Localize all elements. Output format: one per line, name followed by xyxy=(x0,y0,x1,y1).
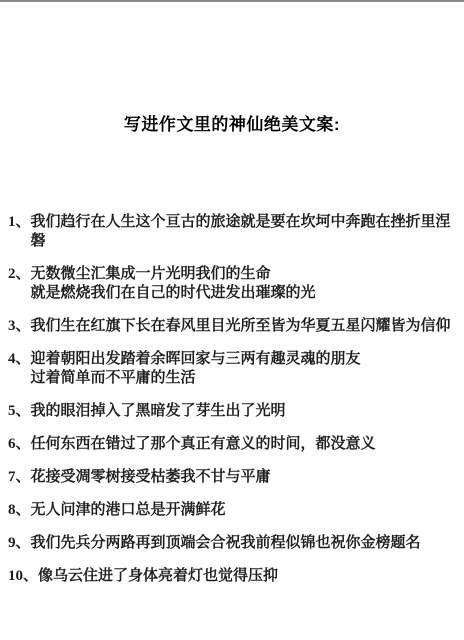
list-item-line: 像乌云住进了身体亮着灯也觉得压抑 xyxy=(38,567,460,586)
list-item-number: 10、 xyxy=(8,567,38,586)
list-item-number: 6、 xyxy=(8,435,31,454)
list-item-number: 4、 xyxy=(8,350,31,369)
list-item: 4、 迎着朝阳出发踏着余晖回家与三两有趣灵魂的朋友 过着简单而不平庸的生活 xyxy=(8,350,460,388)
list-item-line: 我的眼泪掉入了黑暗发了芽生出了光明 xyxy=(31,402,460,421)
list-item-line: 我们趋行在人生这个亘古的旅途就是要在坎坷中奔跑在挫折里涅磐 xyxy=(31,213,460,251)
list-item-line: 花接受凋零树接受枯萎我不甘与平庸 xyxy=(31,468,460,487)
list-item: 5、 我的眼泪掉入了黑暗发了芽生出了光明 xyxy=(8,402,460,421)
list-item-text: 花接受凋零树接受枯萎我不甘与平庸 xyxy=(31,468,460,487)
list-item: 1、 我们趋行在人生这个亘古的旅途就是要在坎坷中奔跑在挫折里涅磐 xyxy=(8,213,460,251)
list-item-number: 9、 xyxy=(8,534,31,553)
list-item-text: 任何东西在错过了那个真正有意义的时间，都没意义 xyxy=(31,435,460,454)
list-item-line: 迎着朝阳出发踏着余晖回家与三两有趣灵魂的朋友 xyxy=(31,350,460,369)
list-item-line: 我们先兵分两路再到顶端会合祝我前程似锦也祝你金榜题名 xyxy=(31,534,460,553)
list-item: 3、 我们生在红旗下长在春风里目光所至皆为华夏五星闪耀皆为信仰 xyxy=(8,317,460,336)
list-item-line: 无数微尘汇集成一片光明我们的生命 xyxy=(31,265,460,284)
list-item-line: 过着简单而不平庸的生活 xyxy=(31,369,460,388)
list-item-text: 我的眼泪掉入了黑暗发了芽生出了光明 xyxy=(31,402,460,421)
list-item: 9、 我们先兵分两路再到顶端会合祝我前程似锦也祝你金榜题名 xyxy=(8,534,460,553)
list-item-text: 我们先兵分两路再到顶端会合祝我前程似锦也祝你金榜题名 xyxy=(31,534,460,553)
list-item-line: 就是燃烧我们在自己的时代进发出璀璨的光 xyxy=(31,284,460,303)
list-item-number: 7、 xyxy=(8,468,31,487)
list-item-text: 迎着朝阳出发踏着余晖回家与三两有趣灵魂的朋友 过着简单而不平庸的生活 xyxy=(31,350,460,388)
list-item-text: 我们趋行在人生这个亘古的旅途就是要在坎坷中奔跑在挫折里涅磐 xyxy=(31,213,460,251)
list-item-number: 1、 xyxy=(8,213,31,232)
page-title: 写进作文里的神仙绝美文案: xyxy=(0,2,464,135)
list-item-number: 8、 xyxy=(8,501,31,520)
list-item-line: 任何东西在错过了那个真正有意义的时间，都没意义 xyxy=(31,435,460,454)
list-item: 10、 像乌云住进了身体亮着灯也觉得压抑 xyxy=(8,567,460,586)
list-item: 6、 任何东西在错过了那个真正有意义的时间，都没意义 xyxy=(8,435,460,454)
quote-list: 1、 我们趋行在人生这个亘古的旅途就是要在坎坷中奔跑在挫折里涅磐 2、 无数微尘… xyxy=(0,213,464,586)
list-item-line: 无人问津的港口总是开满鲜花 xyxy=(31,501,460,520)
list-item: 2、 无数微尘汇集成一片光明我们的生命 就是燃烧我们在自己的时代进发出璀璨的光 xyxy=(8,265,460,303)
list-item-text: 无人问津的港口总是开满鲜花 xyxy=(31,501,460,520)
list-item: 7、 花接受凋零树接受枯萎我不甘与平庸 xyxy=(8,468,460,487)
list-item-number: 2、 xyxy=(8,265,31,284)
list-item-number: 5、 xyxy=(8,402,31,421)
list-item-text: 像乌云住进了身体亮着灯也觉得压抑 xyxy=(38,567,460,586)
list-item-text: 我们生在红旗下长在春风里目光所至皆为华夏五星闪耀皆为信仰 xyxy=(31,317,460,336)
list-item-line: 我们生在红旗下长在春风里目光所至皆为华夏五星闪耀皆为信仰 xyxy=(31,317,460,336)
list-item: 8、 无人问津的港口总是开满鲜花 xyxy=(8,501,460,520)
list-item-text: 无数微尘汇集成一片光明我们的生命 就是燃烧我们在自己的时代进发出璀璨的光 xyxy=(31,265,460,303)
list-item-number: 3、 xyxy=(8,317,31,336)
